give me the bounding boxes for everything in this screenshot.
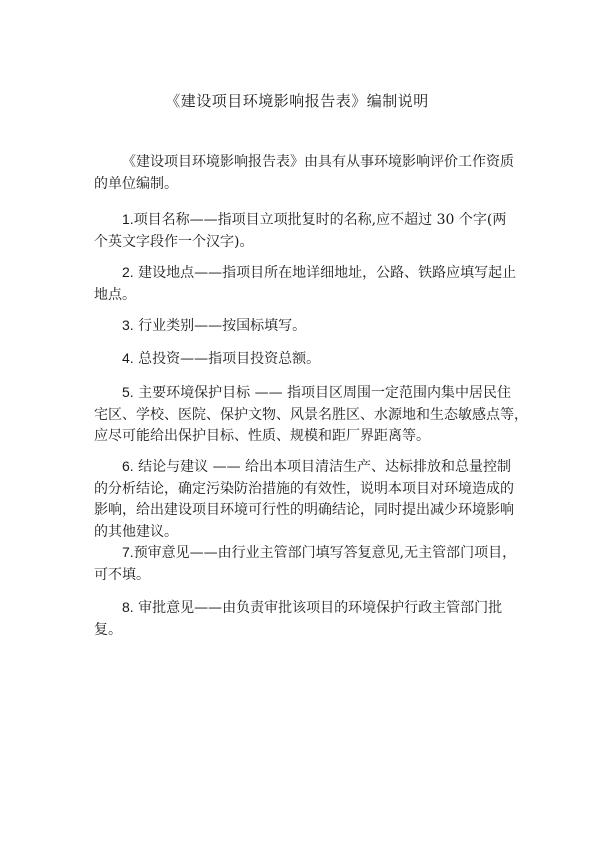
paragraph-line: 行业类别——按国标填写。	[138, 318, 306, 334]
item-4: 4. 总投资——指项目投资总额。	[94, 348, 514, 371]
item-number: 3.	[122, 317, 134, 333]
paragraph-line: 地点。	[94, 285, 514, 307]
paragraph-line: 结论与建议 —— 给出本项目清洁生产、达标排放和总量控制	[138, 459, 511, 475]
paragraph-line: 项目名称——指项目立项批复时的名称,应不超过 30 个字(两	[134, 212, 507, 228]
paragraph-line: 个英文字段作一个汉字)。	[94, 232, 514, 254]
paragraph-line: 的单位编制。	[94, 174, 514, 196]
paragraph-line: 主要环境保护目标 —— 指项目区周围一定范围内集中居民住	[138, 385, 511, 401]
paragraph-line: 可不填。	[94, 565, 514, 587]
item-6: 6. 结论与建议 —— 给出本项目清洁生产、达标排放和总量控制 的分析结论，确定…	[94, 456, 514, 543]
item-5: 5. 主要环境保护目标 —— 指项目区周围一定范围内集中居民住 宅区、学校、医院…	[94, 382, 514, 448]
paragraph-line: 建设地点——指项目所在地详细地址，公路、铁路应填写起止	[138, 265, 516, 281]
item-2: 2. 建设地点——指项目所在地详细地址，公路、铁路应填写起止 地点。	[94, 262, 514, 306]
item-number: 2.	[122, 264, 134, 280]
item-1: 1.项目名称——指项目立项批复时的名称,应不超过 30 个字(两 个英文字段作一…	[94, 209, 514, 253]
paragraph-line: 宅区、学校、医院、保护文物、风景名胜区、水源地和生态敏感点等，	[94, 405, 514, 427]
item-number: 1.	[122, 211, 134, 227]
paragraph-line: 影响，给出建设项目环境可行性的明确结论，同时提出减少环境影响	[94, 500, 514, 522]
paragraph-line: 应尽可能给出保护目标、性质、规模和距厂界距离等。	[94, 426, 514, 448]
paragraph-line: 审批意见——由负责审批该项目的环境保护行政主管部门批	[138, 600, 502, 616]
paragraph-line: 复。	[94, 620, 514, 642]
paragraph-line: 预审意见——由行业主管部门填写答复意见,无主管部门项目，	[134, 545, 516, 561]
item-number: 5.	[122, 384, 134, 400]
paragraph-line: 《建设项目环境影响报告表》由具有从事环境影响评价工作资质	[94, 152, 514, 174]
paragraph-line: 的分析结论，确定污染防治措施的有效性，说明本项目对环境造成的	[94, 479, 514, 501]
item-number: 8.	[122, 599, 134, 615]
item-3: 3. 行业类别——按国标填写。	[94, 315, 514, 338]
item-7: 7.预审意见——由行业主管部门填写答复意见,无主管部门项目， 可不填。	[94, 542, 514, 586]
item-8: 8. 审批意见——由负责审批该项目的环境保护行政主管部门批 复。	[94, 597, 514, 641]
item-number: 7.	[122, 544, 134, 560]
item-number: 6.	[122, 458, 134, 474]
document-title: 《建设项目环境影响报告表》编制说明	[0, 90, 594, 111]
paragraph-line: 总投资——指项目投资总额。	[138, 351, 320, 367]
paragraph-line: 的其他建议。	[94, 522, 514, 544]
intro-paragraph: 《建设项目环境影响报告表》由具有从事环境影响评价工作资质 的单位编制。	[94, 152, 514, 195]
item-number: 4.	[122, 350, 134, 366]
